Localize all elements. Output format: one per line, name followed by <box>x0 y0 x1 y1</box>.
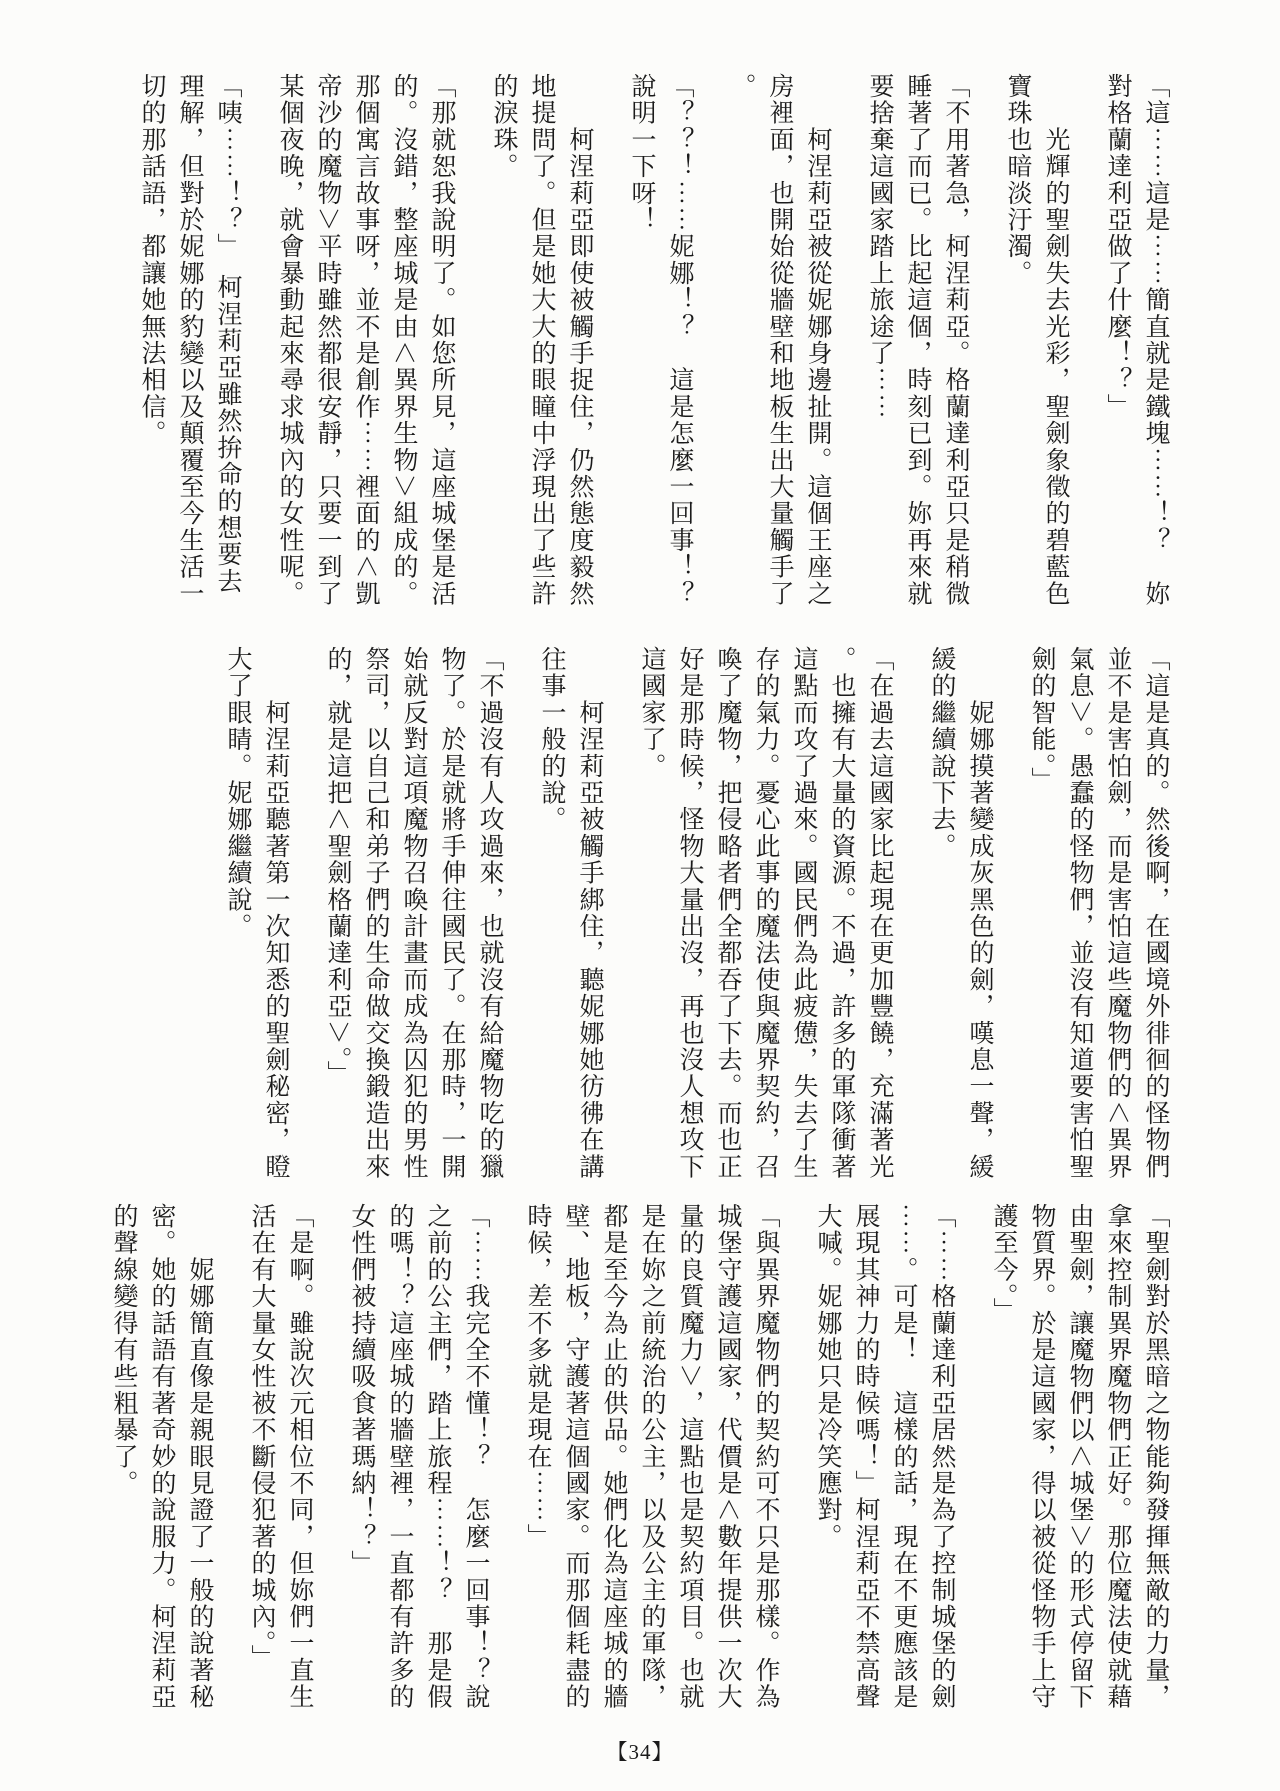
paragraph: 「這是真的。然後啊，在國境外徘徊的怪物們並不是害怕劍，而是害怕這些魔物們的＜異界… <box>1022 646 1174 1181</box>
text-band-top: 「這︙︙這是︙︙簡直就是鐵塊︙︙！？ 妳對格蘭達利亞做了什麼！？」 光輝的聖劍失… <box>132 73 1174 608</box>
paragraph: 柯涅莉亞被觸手綁住，聽妮娜她彷彿在講往事一般的說。 <box>532 646 608 1181</box>
page-number: 【34】 <box>0 1736 1280 1766</box>
paragraph: 「那就恕我說明了。如您所見，這座城堡是活的。沒錯，整座城是由＜異界生物＞組成的。… <box>270 73 460 608</box>
paragraph: 柯涅莉亞聽著第一次知悉的聖劍秘密，瞪大了眼睛。妮娜繼續說。 <box>218 646 294 1181</box>
paragraph: 妮娜摸著變成灰黑色的劍，嘆息一聲，緩緩的繼續說下去。 <box>922 646 998 1181</box>
paragraph: 「不過沒有人攻過來，也就沒有給魔物吃的獵物了。於是就將手伸往國民了。在那時，一開… <box>318 646 508 1181</box>
paragraph: 「不用著急，柯涅莉亞。格蘭達利亞只是稍微睡著了而已。比起這個，時刻已到。妳再來就… <box>860 73 974 608</box>
paragraph: 妮娜簡直像是親眼見證了一般的說著秘密。她的話語有著奇妙的說服力。柯涅莉亞的聲線變… <box>104 1203 218 1711</box>
paragraph: 「？？！︙︙妮娜！？ 這是怎麼一回事！？說明一下呀！ <box>622 73 698 608</box>
paragraph: 柯涅莉亞即使被觸手捉住，仍然態度毅然地提問了。但是她大大的眼瞳中浮現出了些許的淚… <box>484 73 598 608</box>
paragraph: 「聖劍對於黑暗之物能夠發揮無敵的力量，拿來控制異界魔物們正好。那位魔法使就藉由聖… <box>984 1203 1174 1711</box>
paragraph: 「與異界魔物們的契約可不只是那樣。作為城堡守護這國家，代價是＜數年提供一次大量的… <box>518 1203 784 1711</box>
paragraph: 「︙︙我完全不懂！？ 怎麼一回事！？說之前的公主們，踏上旅程︙︙！？ 那是假的嗎… <box>342 1203 494 1711</box>
paragraph: 「在過去這國家比起現在更加豐饒，充滿著光。也擁有大量的資源。不過，許多的軍隊衝著… <box>632 646 898 1181</box>
paragraph: 「咦︙︙！？」 柯涅莉亞雖然拚命的想要去理解，但對於妮娜的豹變以及顛覆至今生活一… <box>132 73 246 608</box>
text-band-bottom: 「聖劍對於黑暗之物能夠發揮無敵的力量，拿來控制異界魔物們正好。那位魔法使就藉由聖… <box>104 1203 1174 1711</box>
paragraph: 光輝的聖劍失去光彩，聖劍象徵的碧藍色寶珠也暗淡汙濁。 <box>998 73 1074 608</box>
text-band-middle: 「這是真的。然後啊，在國境外徘徊的怪物們並不是害怕劍，而是害怕這些魔物們的＜異界… <box>218 646 1174 1181</box>
paragraph: 「這︙︙這是︙︙簡直就是鐵塊︙︙！？ 妳對格蘭達利亞做了什麼！？」 <box>1098 73 1174 608</box>
paragraph: 柯涅莉亞被從妮娜身邊扯開。這個王座之房裡面，也開始從牆壁和地板生出大量觸手了。 <box>722 73 836 608</box>
paragraph: 「︙︙格蘭達利亞居然是為了控制城堡的劍︙︙。可是！ 這樣的話，現在不更應該是展現… <box>808 1203 960 1711</box>
paragraph: 「是啊。雖說次元相位不同，但妳們一直生活在有大量女性被不斷侵犯著的城內。」 <box>242 1203 318 1711</box>
book-page: 「這︙︙這是︙︙簡直就是鐵塊︙︙！？ 妳對格蘭達利亞做了什麼！？」 光輝的聖劍失… <box>0 0 1280 1791</box>
